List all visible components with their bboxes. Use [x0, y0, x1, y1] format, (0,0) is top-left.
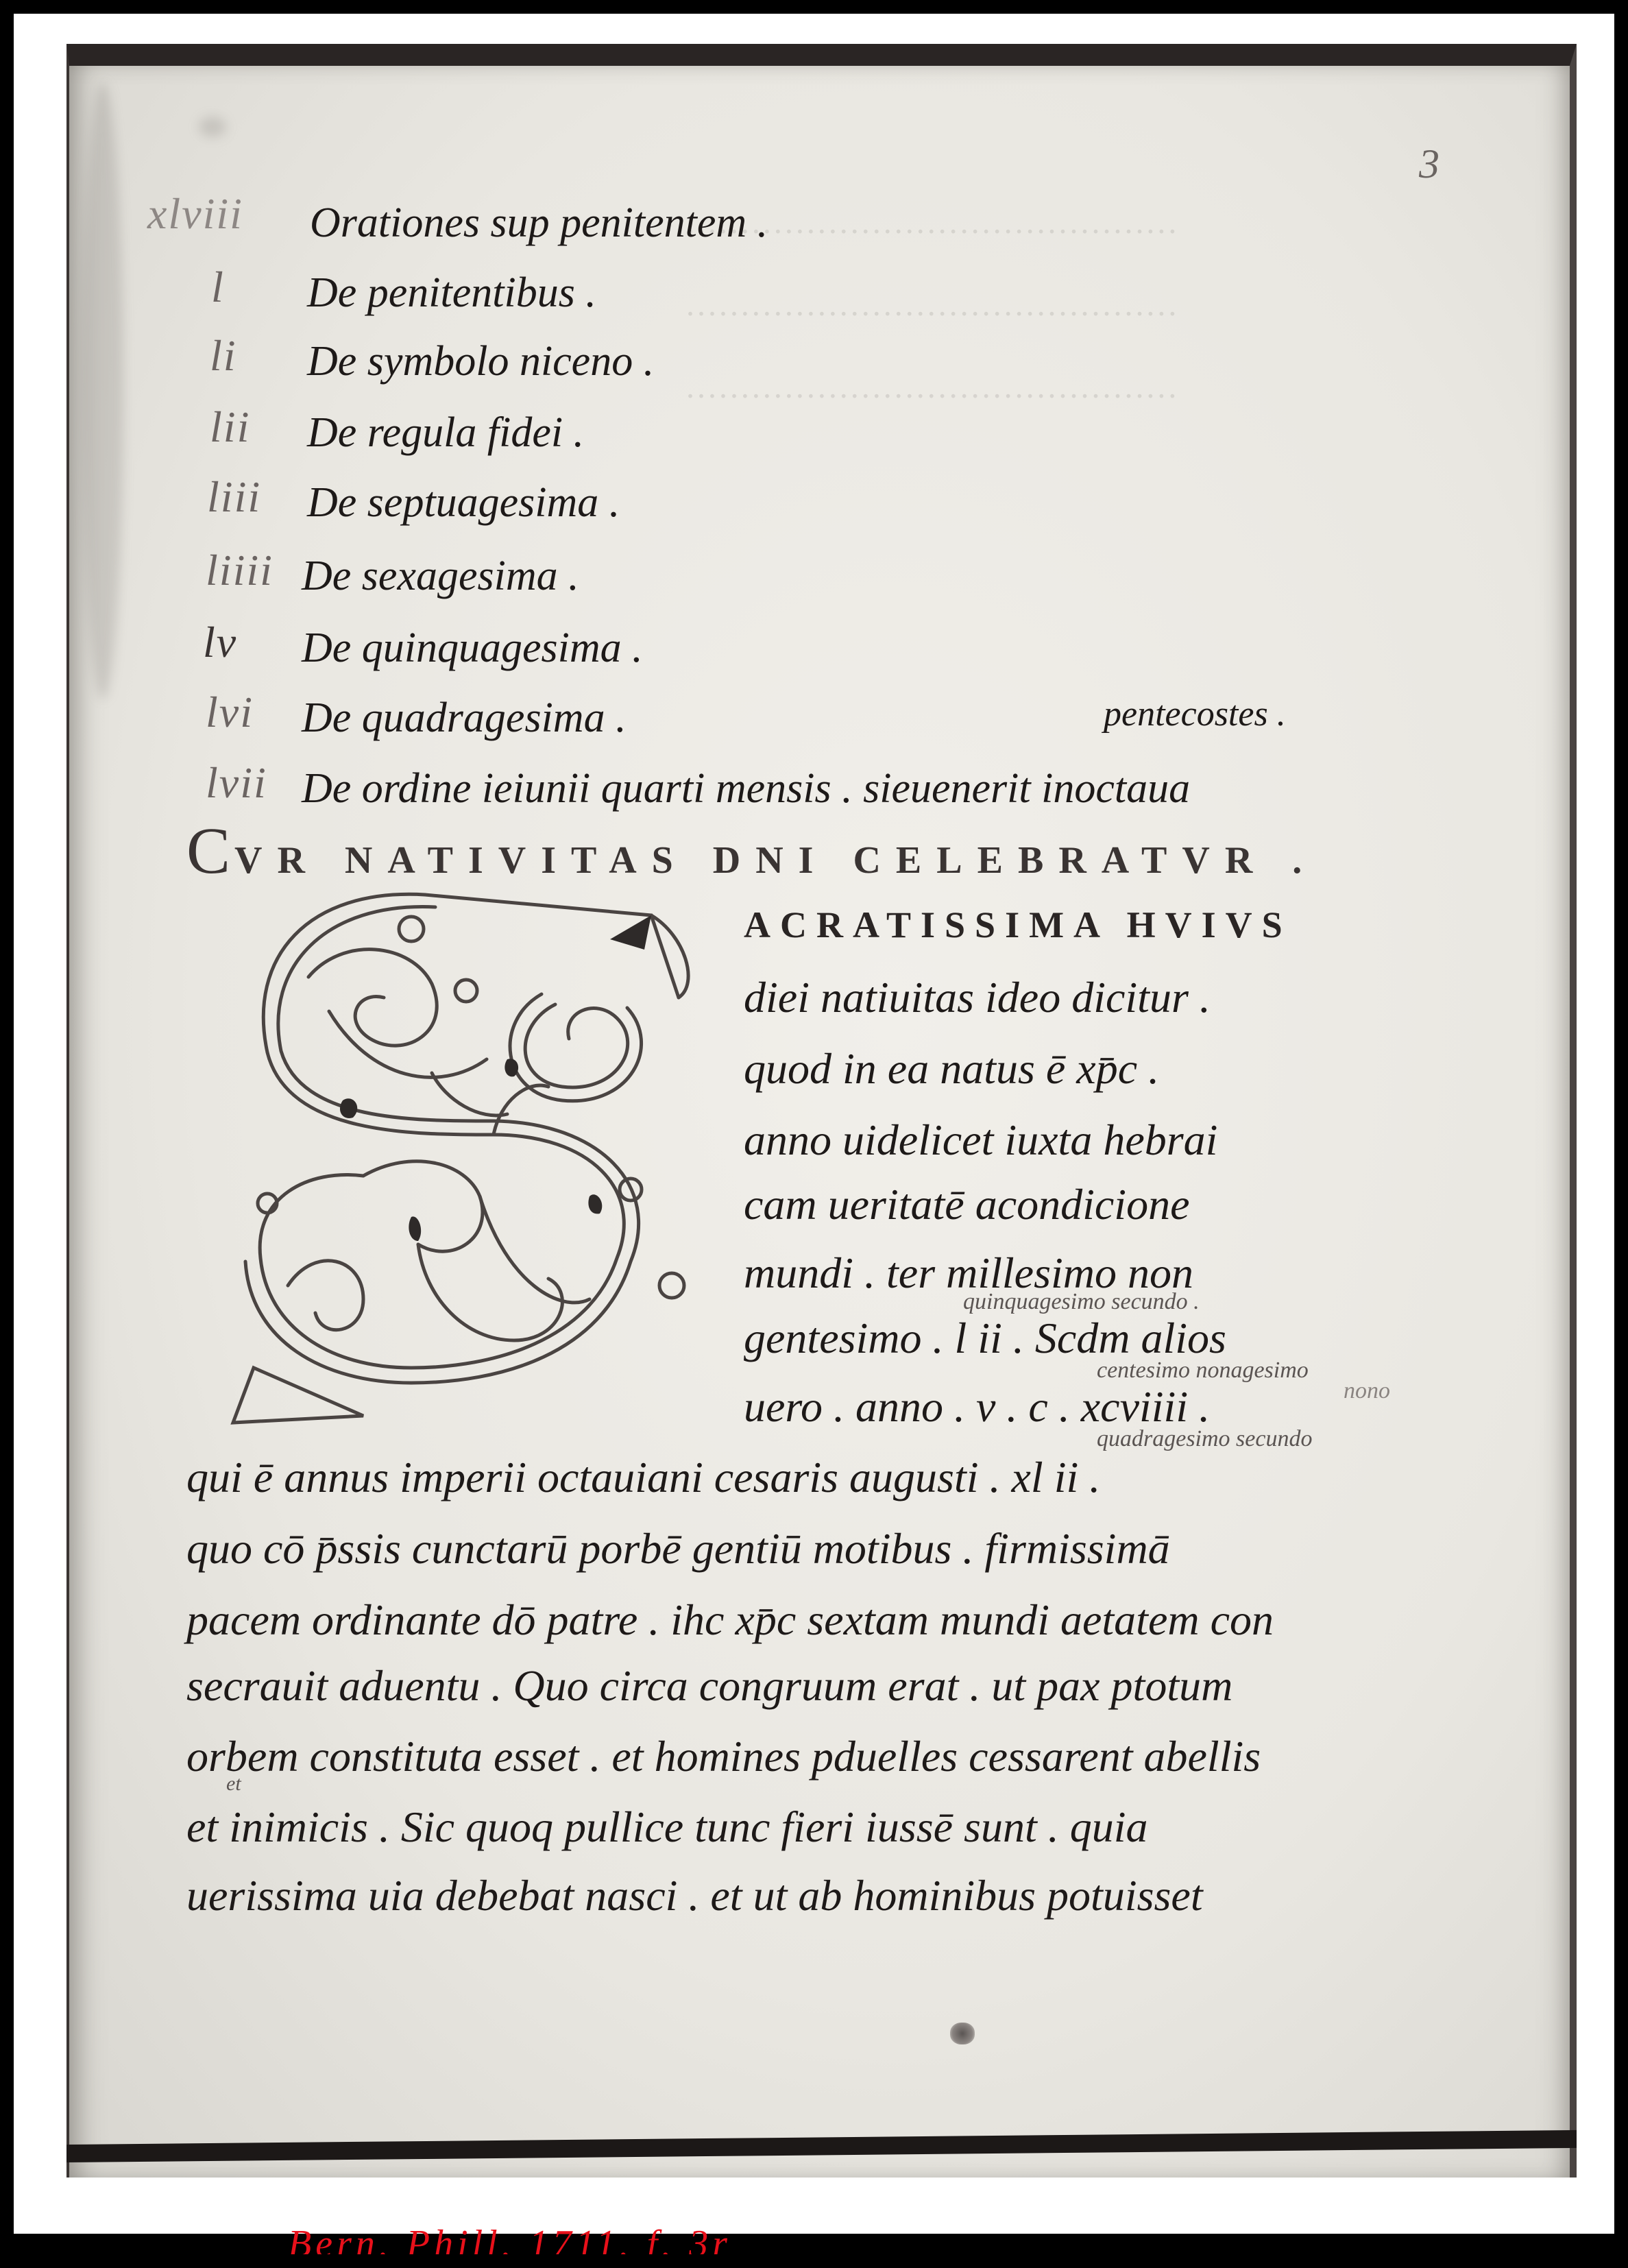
folio-number: 3 — [1419, 141, 1439, 188]
toc-marginal-note: pentecostes . — [1104, 694, 1286, 734]
parchment-hole — [950, 2023, 975, 2044]
toc-numeral: liii — [207, 472, 261, 522]
toc-numeral: lii — [210, 402, 250, 453]
column-line: diei natiuitas ideo dicitur . — [744, 972, 1211, 1023]
toc-entry: De symbolo niceno . — [307, 337, 654, 386]
toc-numeral: liiii — [206, 545, 274, 596]
toc-entry: Orationes sup penitentem . — [310, 199, 768, 248]
shelfmark-annotation: Bern. Phill. 1711. f. 3r — [288, 2223, 731, 2254]
column-line: cam ueritatē acondicione — [744, 1179, 1189, 1230]
interlace-initial-icon — [206, 874, 727, 1457]
column-line: anno uidelicet iuxta hebrai — [744, 1115, 1217, 1166]
toc-numeral: lv — [203, 617, 237, 668]
toc-entry: De ordine ieiunii quarti mensis . sieuen… — [302, 764, 1190, 813]
stain-spot — [199, 117, 226, 137]
interlinear-gloss: quadragesimo secundo — [1097, 1426, 1312, 1452]
interlinear-insert: et — [226, 1772, 241, 1796]
column-line: quod in ea natus ē xp̄c . — [744, 1043, 1159, 1094]
toc-entry: De quadragesima . — [302, 694, 627, 743]
toc-numeral: xlviii — [147, 189, 243, 239]
text-line: et inimicis . Sic quoq pullice tunc fier… — [186, 1802, 1148, 1853]
marginal-gloss: nono — [1344, 1378, 1390, 1404]
opening-capitals: ACRATISSIMA HVIVS — [744, 904, 1292, 946]
text-line: pacem ordinante dō patre . ihc xp̄c sext… — [186, 1595, 1274, 1645]
decorated-initial-s — [206, 874, 727, 1457]
text-line: uerissima uia debebat nasci . et ut ab h… — [186, 1870, 1203, 1921]
toc-entry: De sexagesima . — [302, 552, 579, 601]
toc-numeral: li — [210, 330, 237, 381]
text-line: quo cō p̄ssis cunctarū porbē gentiū moti… — [186, 1523, 1170, 1574]
show-through-text: ........................................… — [685, 288, 1178, 323]
interlinear-gloss: quinquagesimo secundo . — [963, 1289, 1200, 1315]
toc-numeral: lvii — [206, 758, 267, 808]
interlinear-gloss: centesimo nonagesimo — [1097, 1358, 1309, 1384]
toc-numeral: lvi — [206, 687, 254, 738]
text-line: qui ē annus imperii octauiani cesaris au… — [186, 1452, 1100, 1503]
show-through-text: ........................................… — [685, 370, 1178, 405]
text-line: secrauit aduentu . Quo circa congruum er… — [186, 1661, 1232, 1711]
toc-entry: De penitentibus . — [307, 269, 596, 317]
column-line: gentesimo . l ii . Scdm alios — [744, 1313, 1226, 1364]
edge-stain — [82, 82, 123, 699]
toc-entry: De regula fidei . — [307, 409, 584, 457]
column-line: uero . anno . v . c . xcviiii . — [744, 1382, 1210, 1432]
toc-numeral: l — [211, 262, 225, 313]
toc-entry: De quinquagesima . — [302, 624, 643, 673]
toc-entry: De septuagesima . — [307, 479, 620, 527]
text-line: orbem constituta esset . et homines pdue… — [186, 1731, 1261, 1782]
